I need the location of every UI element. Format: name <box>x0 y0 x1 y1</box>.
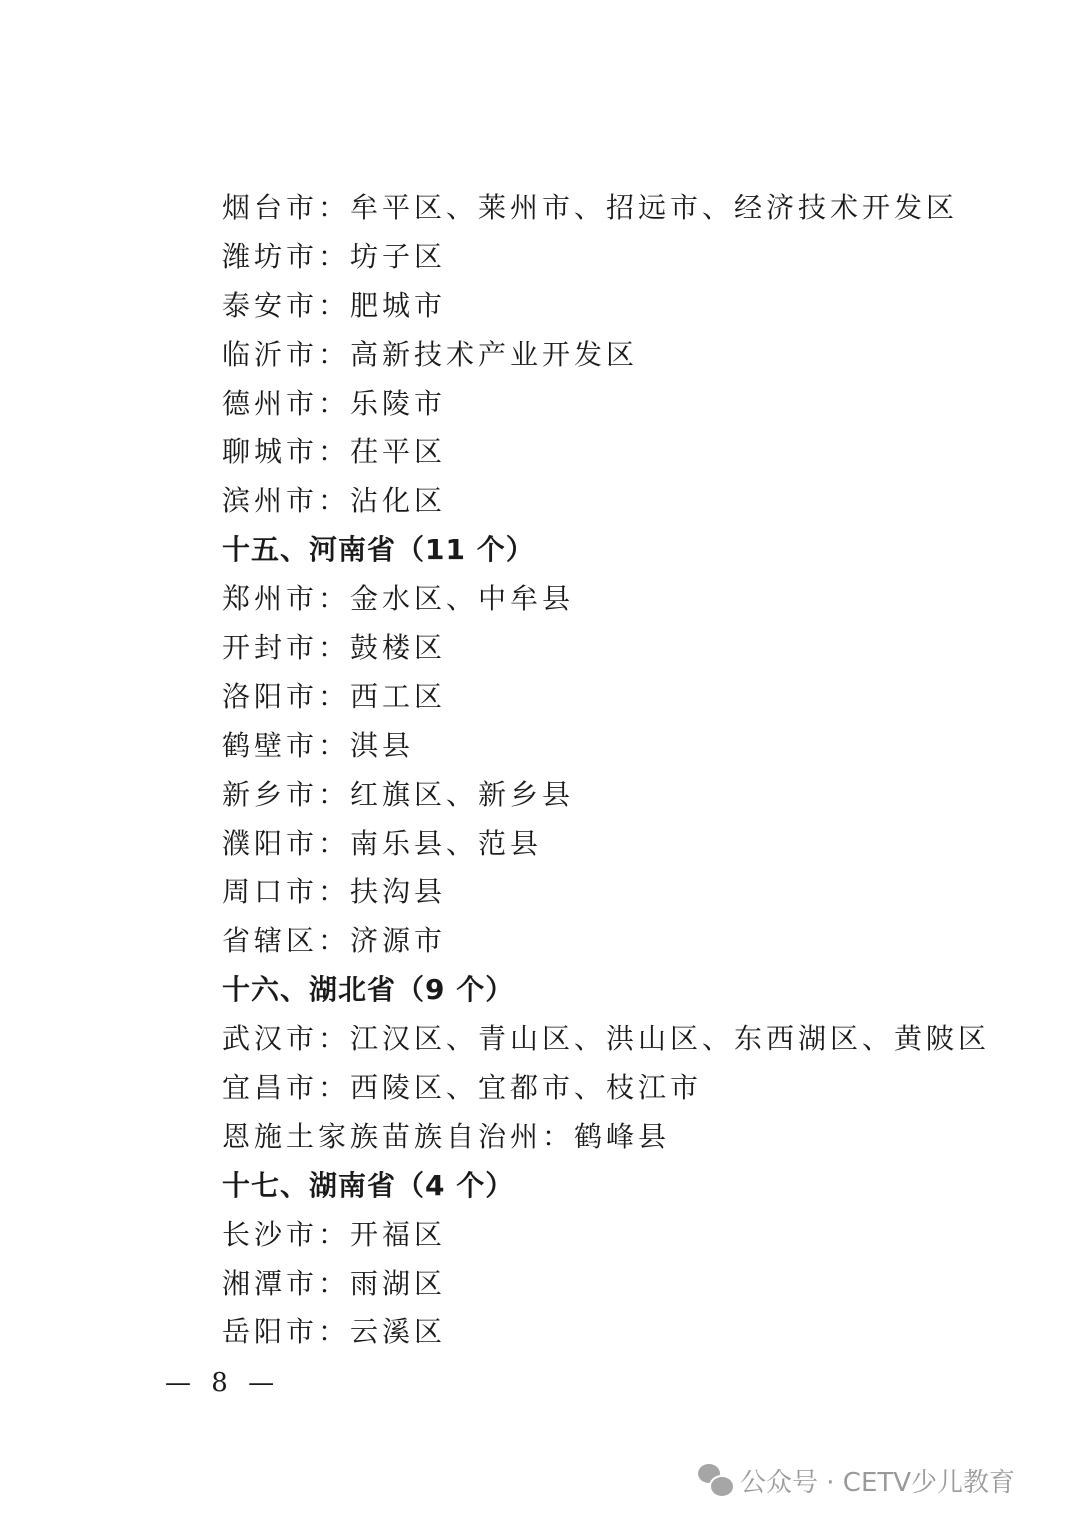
list-entry: 岳阳市：云溪区 <box>222 1308 990 1357</box>
list-entry: 宜昌市：西陵区、宜都市、枝江市 <box>222 1064 990 1113</box>
document-body: 烟台市：牟平区、莱州市、招远市、经济技术开发区 潍坊市：坊子区 泰安市：肥城市 … <box>222 184 990 1357</box>
list-entry: 泰安市：肥城市 <box>222 282 990 331</box>
list-entry: 开封市：鼓楼区 <box>222 624 990 673</box>
list-entry: 洛阳市：西工区 <box>222 673 990 722</box>
list-entry: 临沂市：高新技术产业开发区 <box>222 331 990 380</box>
list-entry: 潍坊市：坊子区 <box>222 233 990 282</box>
list-entry: 烟台市：牟平区、莱州市、招远市、经济技术开发区 <box>222 184 990 233</box>
section-heading-hubei: 十六、湖北省（9 个） <box>222 966 990 1015</box>
list-entry: 濮阳市：南乐县、范县 <box>222 820 990 869</box>
watermark: 公众号 · CETV少儿教育 <box>698 1462 1015 1499</box>
page-number: — 8 — <box>165 1368 280 1398</box>
list-entry: 聊城市：茌平区 <box>222 428 990 477</box>
list-entry: 德州市：乐陵市 <box>222 380 990 429</box>
list-entry: 湘潭市：雨湖区 <box>222 1260 990 1309</box>
list-entry: 恩施土家族苗族自治州：鹤峰县 <box>222 1113 990 1162</box>
section-heading-hunan: 十七、湖南省（4 个） <box>222 1162 990 1211</box>
wechat-icon <box>698 1464 732 1498</box>
section-heading-henan: 十五、河南省（11 个） <box>222 526 990 575</box>
watermark-text: 公众号 · CETV少儿教育 <box>740 1462 1015 1499</box>
list-entry: 长沙市：开福区 <box>222 1211 990 1260</box>
list-entry: 省辖区：济源市 <box>222 917 990 966</box>
list-entry: 鹤壁市：淇县 <box>222 722 990 771</box>
list-entry: 滨州市：沾化区 <box>222 477 990 526</box>
list-entry: 周口市：扶沟县 <box>222 868 990 917</box>
list-entry: 武汉市：江汉区、青山区、洪山区、东西湖区、黄陂区 <box>222 1015 990 1064</box>
list-entry: 新乡市：红旗区、新乡县 <box>222 771 990 820</box>
document-page: 烟台市：牟平区、莱州市、招远市、经济技术开发区 潍坊市：坊子区 泰安市：肥城市 … <box>0 0 1080 1527</box>
list-entry: 郑州市：金水区、中牟县 <box>222 575 990 624</box>
